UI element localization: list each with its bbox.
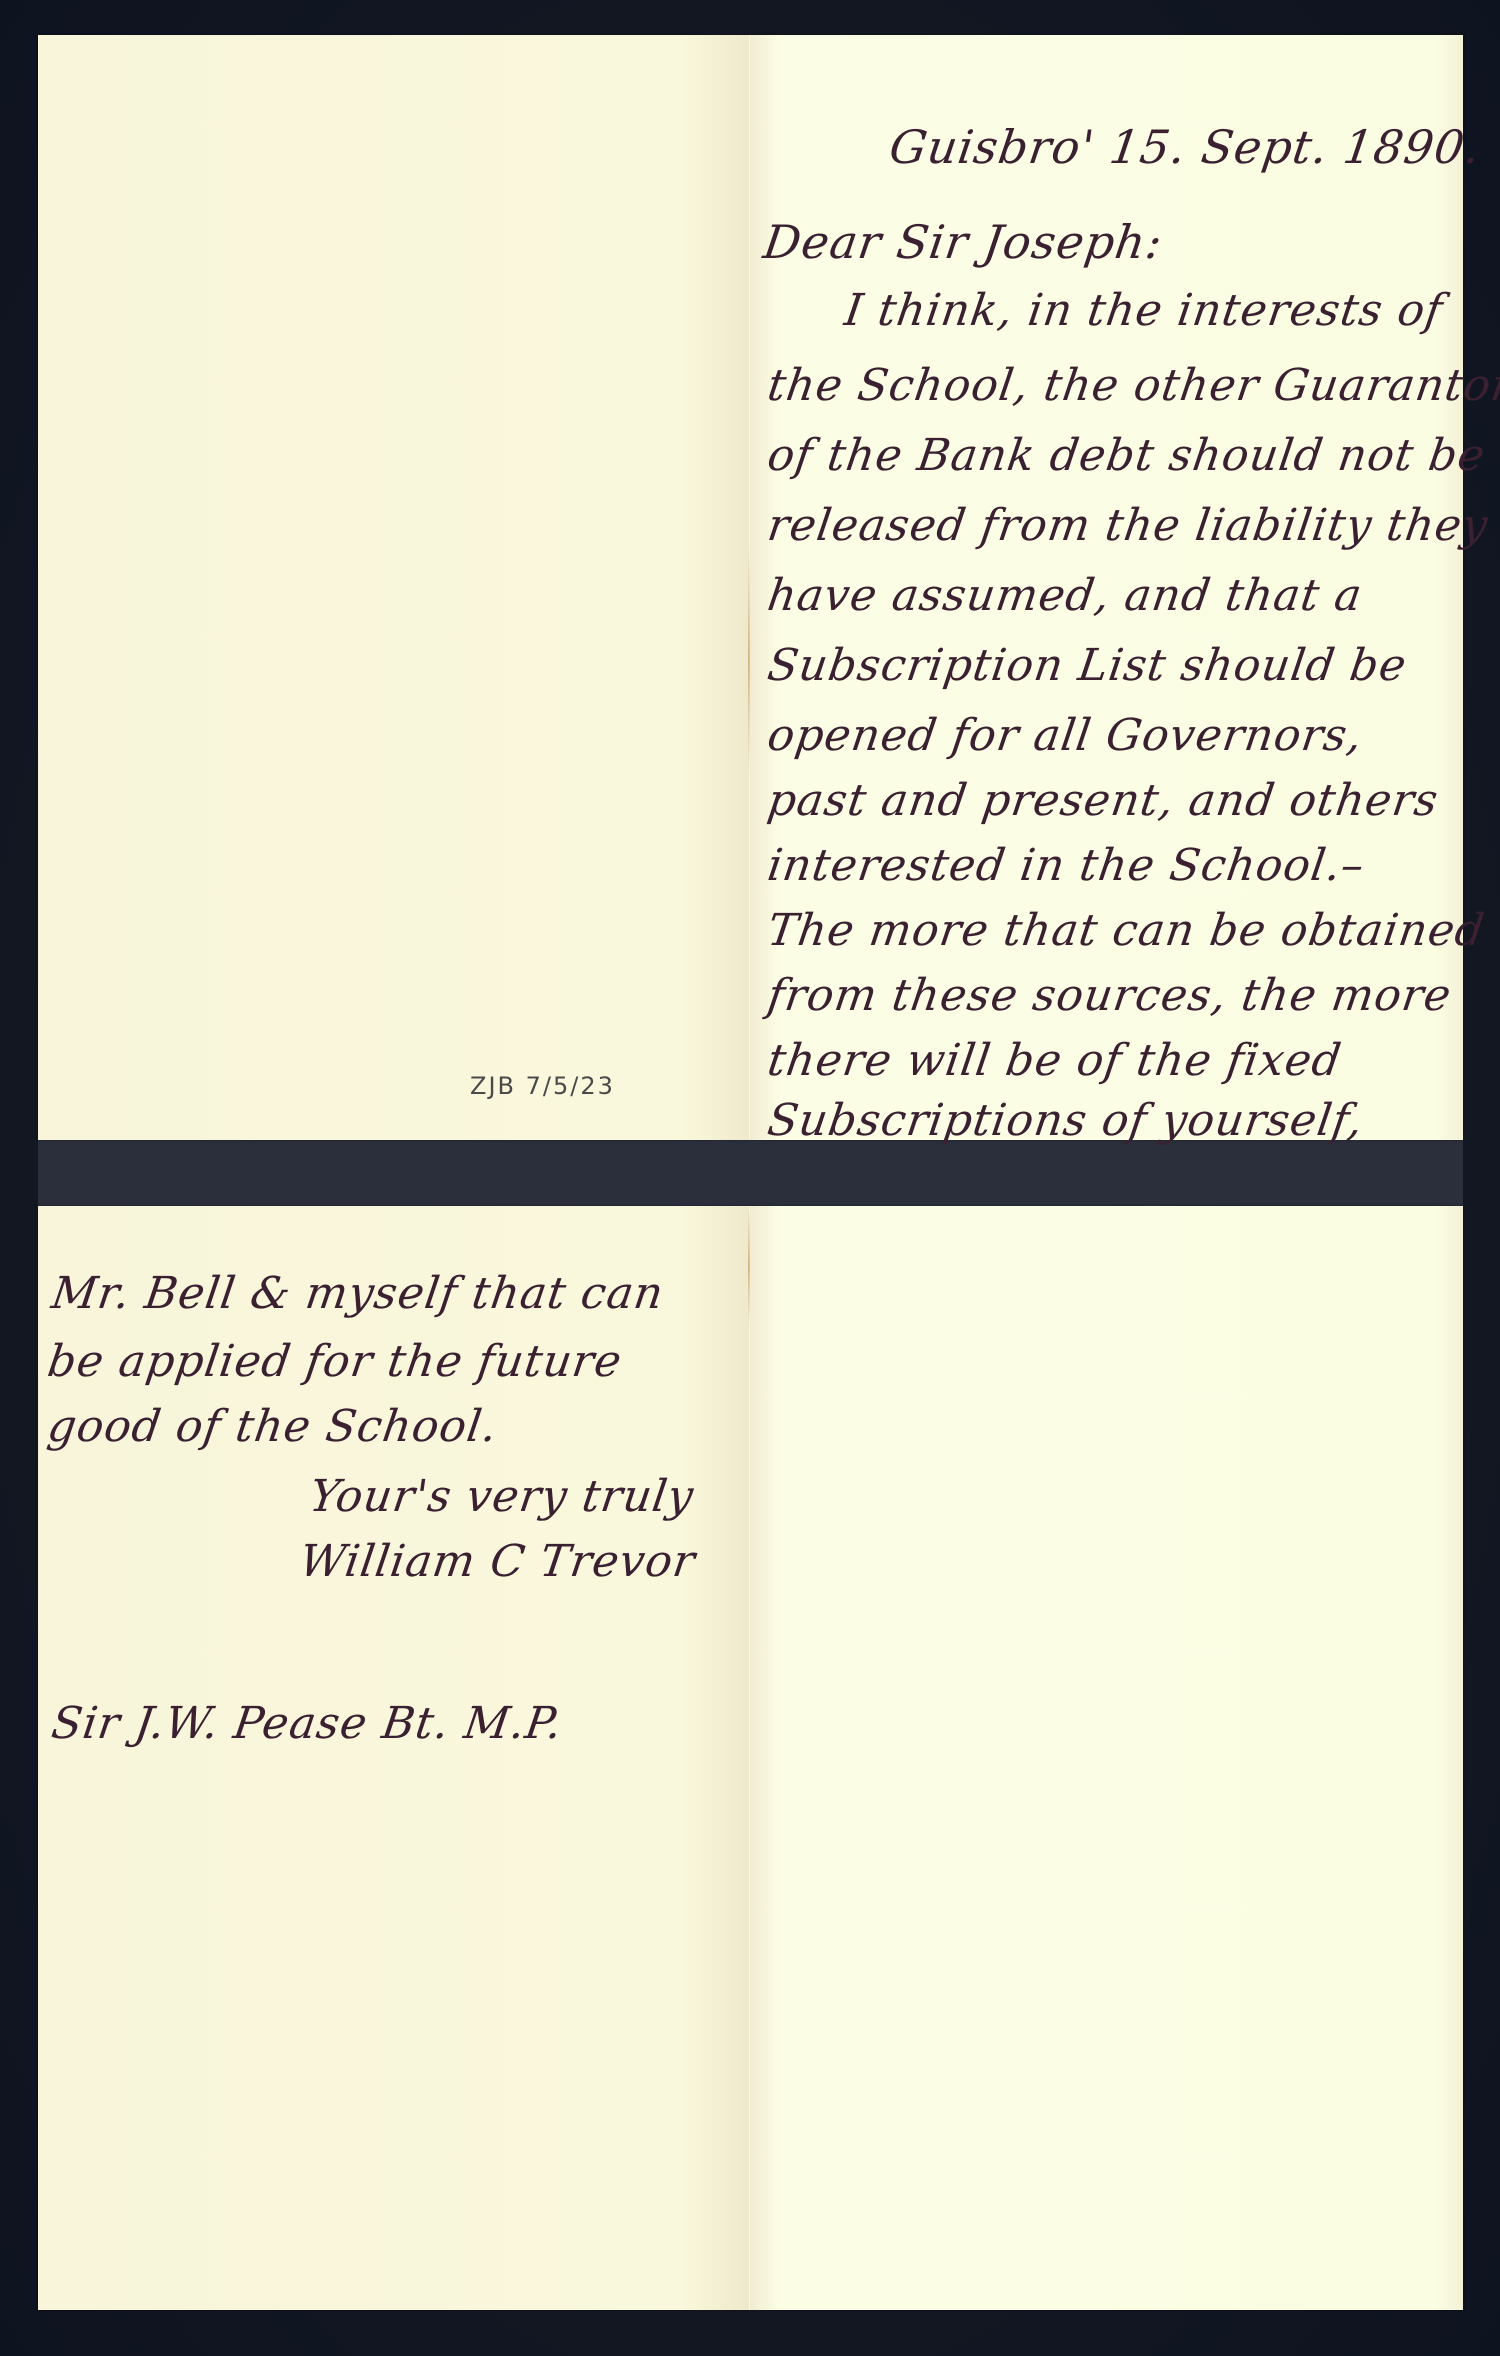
blank-page-right [750,1206,1463,2310]
sheet-gap [38,1140,1463,1206]
letter-closing: Your's very truly [306,1471,697,1522]
letter-line: Mr. Bell & myself that can [48,1268,667,1319]
letter-line: interested in the School.– [764,840,1367,891]
letter-line: good of the School. [44,1401,500,1452]
letter-page-1: Guisbro' 15. Sept. 1890. Dear Sir Joseph… [750,35,1463,1140]
letter-line: the School, the other Guarantors [764,360,1500,411]
letter-line: from these sources, the more [764,970,1454,1021]
letter-line: released from the liability they [764,500,1491,551]
bottom-sheet: Mr. Bell & myself that can be applied fo… [38,1206,1463,2310]
letter-signature: William C Trevor [296,1536,698,1587]
archive-reference-mark: ZJB 7/5/23 [470,1072,615,1100]
letter-line: there will be of the fixed [764,1035,1345,1086]
letter-line: I think, in the interests of [841,285,1446,336]
letter-line: Subscriptions of yourself, [764,1095,1366,1146]
letter-salutation: Dear Sir Joseph: [760,215,1166,269]
letter-line: of the Bank debt should not be [764,430,1488,481]
letter-addressee: Sir J.W. Pease Bt. M.P. [48,1698,565,1749]
letter-line: be applied for the future [44,1336,625,1387]
letter-page-2: Mr. Bell & myself that can be applied fo… [38,1206,750,2310]
blank-page-left: ZJB 7/5/23 [38,35,750,1140]
letter-line: The more that can be obtained [764,905,1488,956]
letter-line: have assumed, and that a [764,570,1365,621]
letter-line: opened for all Governors, [764,710,1366,761]
letter-heading-date: Guisbro' 15. Sept. 1890. [886,120,1484,174]
top-sheet: ZJB 7/5/23 Guisbro' 15. Sept. 1890. Dear… [38,35,1463,1140]
letter-line: Subscription List should be [764,640,1410,691]
letter-line: past and present, and others [764,775,1441,826]
